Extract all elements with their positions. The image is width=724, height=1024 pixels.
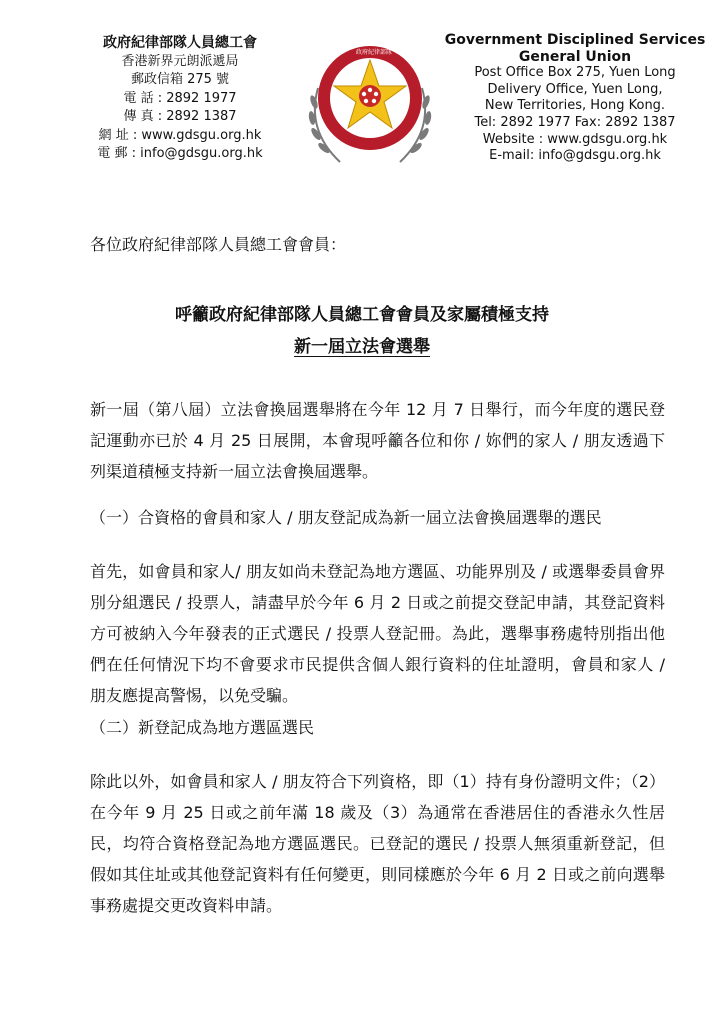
section-1-paragraph: 首先，如會員和家人/ 朋友如尚未登記為地方選區、功能界別及 / 或選舉委員會界別… <box>90 556 665 711</box>
address-line-2: 郵政信箱 275 號 <box>60 71 300 90</box>
org-name-english-2: General Union <box>440 49 710 66</box>
tel-fax-line: Tel: 2892 1977 Fax: 2892 1387 <box>440 115 710 132</box>
section-2-paragraph: 除此以外，如會員和家人 / 朋友符合下列資格，即（1）持有身份證明文件；（2）在… <box>90 766 665 921</box>
address-line-1: 香港新界元朗派遞局 <box>60 53 300 72</box>
header-chinese-contact: 政府紀律部隊人員總工會 香港新界元朗派遞局 郵政信箱 275 號 電 話 : 2… <box>60 34 300 164</box>
header-english-contact: Government Disciplined Services General … <box>440 32 710 165</box>
fax-line: 傳 真 : 2892 1387 <box>60 108 300 127</box>
union-logo: 政府紀律部隊 <box>296 30 444 178</box>
address-en-line-2: Delivery Office, Yuen Long, <box>440 82 710 99</box>
document-title: 呼籲政府紀律部隊人員總工會會員及家屬積極支持 <box>0 300 724 325</box>
org-name-chinese: 政府紀律部隊人員總工會 <box>60 34 300 53</box>
section-2-heading: （二）新登記成為地方選區選民 <box>90 715 314 738</box>
intro-paragraph: 新一屆（第八屆）立法會換屆選舉將在今年 12 月 7 日舉行，而今年度的選民登記… <box>90 394 665 487</box>
website-en-line[interactable]: Website : www.gdsgu.org.hk <box>440 132 710 149</box>
salutation: 各位政府紀律部隊人員總工會會員： <box>90 232 346 255</box>
address-en-line-3: New Territories, Hong Kong. <box>440 98 710 115</box>
document-subtitle: 新一屆立法會選舉 <box>0 332 724 357</box>
phone-line: 電 話 : 2892 1977 <box>60 90 300 109</box>
address-en-line-1: Post Office Box 275, Yuen Long <box>440 65 710 82</box>
union-emblem-icon: 政府紀律部隊 <box>296 30 444 178</box>
website-line[interactable]: 網 址 : www.gdsgu.org.hk <box>60 127 300 146</box>
email-en-line[interactable]: E-mail: info@gdsgu.org.hk <box>440 148 710 165</box>
org-name-english-1: Government Disciplined Services <box>440 32 710 49</box>
section-1-heading: （一）合資格的會員和家人 / 朋友登記成為新一屆立法會換屆選舉的選民 <box>90 505 602 528</box>
svg-text:政府紀律部隊: 政府紀律部隊 <box>356 48 392 56</box>
email-line[interactable]: 電 郵 : info@gdsgu.org.hk <box>60 145 300 164</box>
